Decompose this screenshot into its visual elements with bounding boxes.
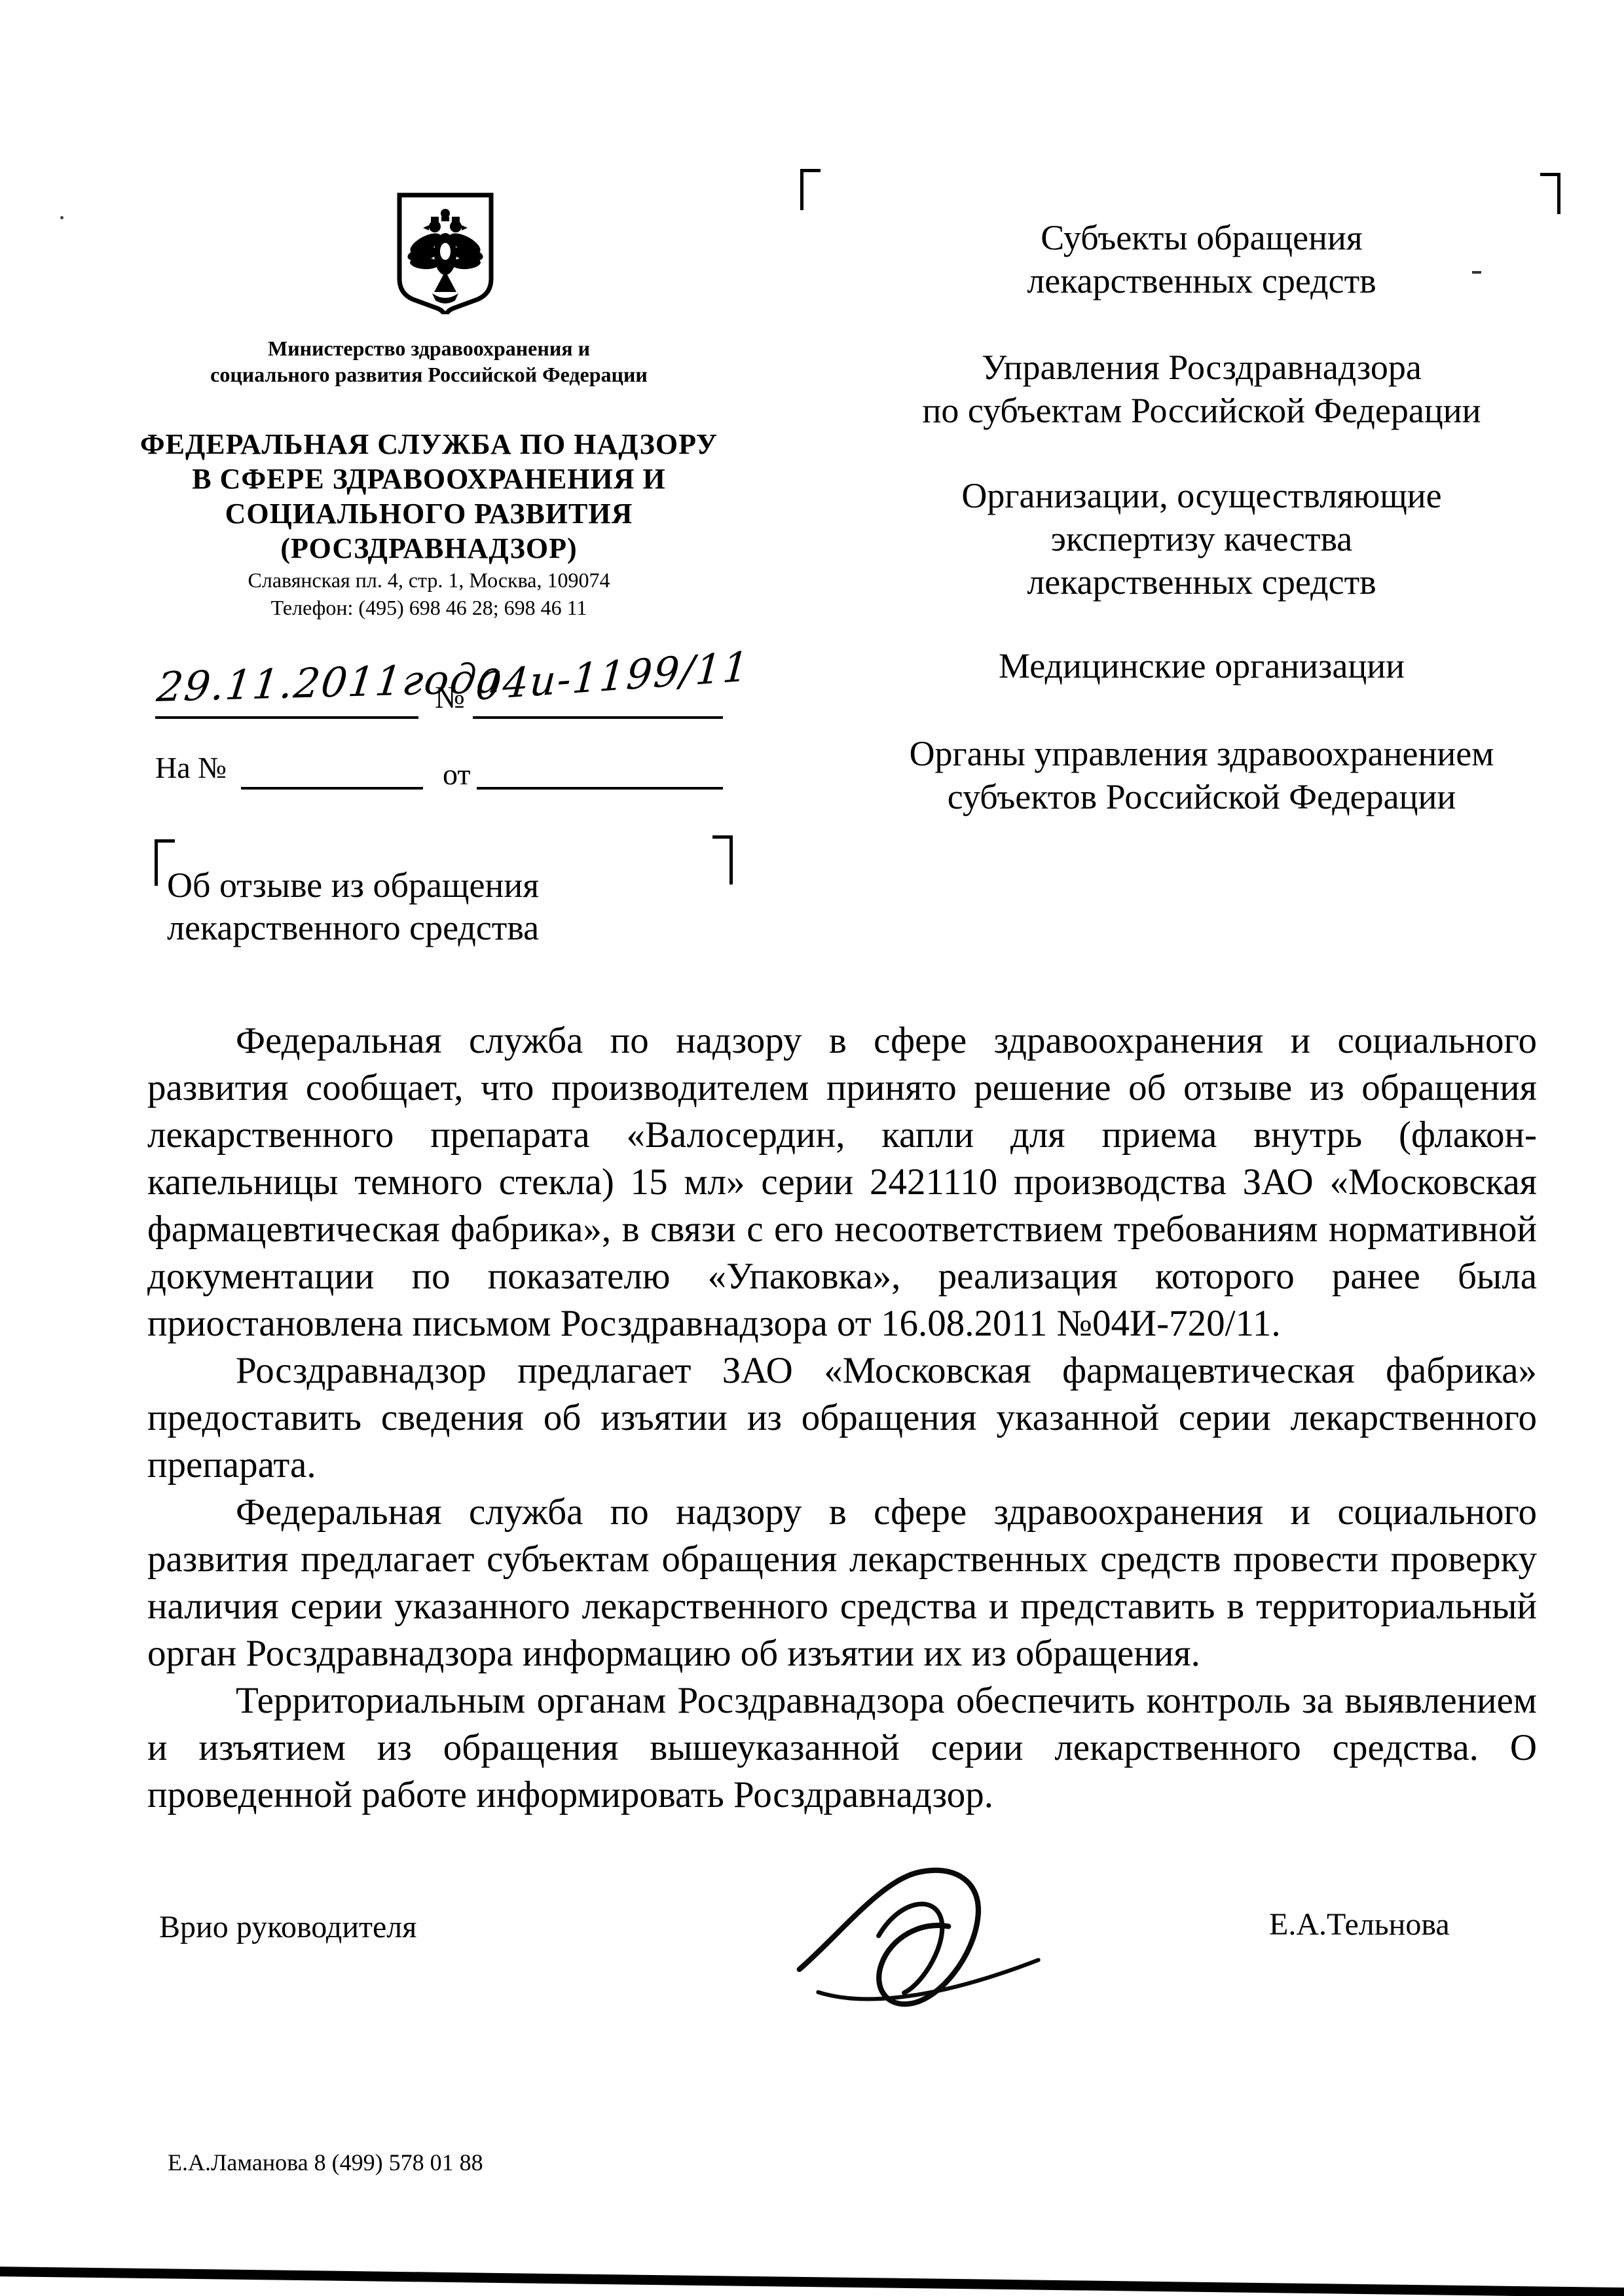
signature-icon <box>779 1853 1048 2030</box>
scanned-letter-page: Министерство здравоохранения и социально… <box>0 0 1624 2296</box>
subject-text: Об отзыве из обращения лекарственного ср… <box>167 864 756 949</box>
signer-name: Е.А.Тельнова <box>1269 1906 1450 1942</box>
reply-date-underline <box>477 787 723 790</box>
signer-title: Врио руководителя <box>159 1909 416 1945</box>
recipient-block-medical-orgs: Медицинские организации <box>832 644 1572 687</box>
scan-noise-dash <box>1472 271 1481 274</box>
letter-number-handwritten: 04и-1199/11 <box>474 642 751 710</box>
service-phone: Телефон: (495) 698 46 28; 698 46 11 <box>118 594 740 621</box>
recipient-block-health-bodies: Органы управления здравоохранением субъе… <box>832 732 1572 818</box>
letter-body: Федеральная служба по надзору в сфере зд… <box>147 1017 1537 1819</box>
double-headed-eagle-icon <box>392 189 499 314</box>
body-paragraph-4: Территориальным органам Росздравнадзора … <box>147 1677 1537 1819</box>
recipient-block-subjects: Субъекты обращения лекарственных средств <box>832 216 1572 302</box>
number-sign: № <box>435 680 465 716</box>
service-name: ФЕДЕРАЛЬНАЯ СЛУЖБА ПО НАДЗОРУ В СФЕРЕ ЗД… <box>118 427 740 566</box>
scan-noise-dot <box>60 216 64 219</box>
scan-artifact-bar <box>0 2267 1624 2296</box>
service-address: Славянская пл. 4, стр. 1, Москва, 109074 <box>118 567 740 593</box>
fold-mark-recipient-left <box>800 169 821 210</box>
recipient-block-departments: Управления Росздравнадзора по субъектам … <box>832 346 1572 432</box>
reply-number-underline <box>241 787 423 790</box>
date-underline <box>155 716 418 719</box>
ministry-name: Министерство здравоохранения и социально… <box>141 335 717 388</box>
fold-mark-recipient-right <box>1540 173 1560 214</box>
body-paragraph-3: Федеральная служба по надзору в сфере зд… <box>147 1489 1537 1677</box>
reply-date-label: от <box>443 757 471 792</box>
reply-number-label: На № <box>155 750 227 785</box>
body-paragraph-1: Федеральная служба по надзору в сфере зд… <box>147 1017 1537 1347</box>
coat-of-arms-emblem <box>392 189 499 314</box>
number-underline <box>473 716 723 719</box>
executor-contact: Е.А.Ламанова 8 (499) 578 01 88 <box>168 2149 483 2176</box>
signature-scribble <box>779 1853 1048 2030</box>
recipient-block-expert-orgs: Организации, осуществляющие экспертизу к… <box>832 474 1572 604</box>
body-paragraph-2: Росздравнадзор предлагает ЗАО «Московска… <box>147 1347 1537 1489</box>
